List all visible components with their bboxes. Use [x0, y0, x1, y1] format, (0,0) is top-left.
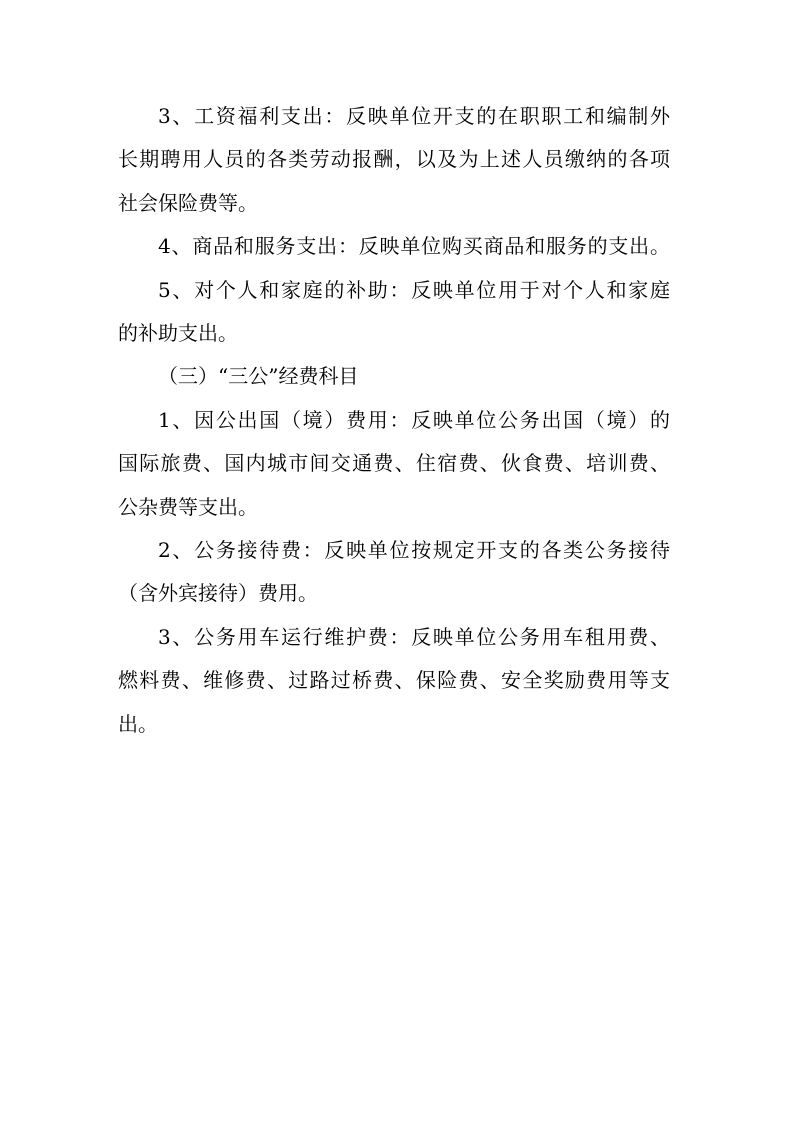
text-line: （含外宾接待）费用。 [118, 572, 670, 615]
text-line: 的补助支出。 [118, 312, 670, 355]
text-line: 4、商品和服务支出：反映单位购买商品和服务的支出。 [118, 225, 670, 268]
text-line: 出。 [118, 703, 670, 746]
paragraph: 3、公务用车运行维护费：反映单位公务用车租用费、 燃料费、维修费、过路过桥费、保… [118, 616, 670, 746]
text-line: 3、工资福利支出：反映单位开支的在职职工和编制外 [118, 95, 670, 138]
paragraph: 5、对个人和家庭的补助：反映单位用于对个人和家庭 的补助支出。 [118, 269, 670, 356]
document-page: 3、工资福利支出：反映单位开支的在职职工和编制外 长期聘用人员的各类劳动报酬，以… [0, 0, 793, 1122]
document-body: 3、工资福利支出：反映单位开支的在职职工和编制外 长期聘用人员的各类劳动报酬，以… [118, 95, 670, 746]
text-line: 2、公务接待费：反映单位按规定开支的各类公务接待 [118, 529, 670, 572]
paragraph: 3、工资福利支出：反映单位开支的在职职工和编制外 长期聘用人员的各类劳动报酬，以… [118, 95, 670, 225]
paragraph: 1、因公出国（境）费用：反映单位公务出国（境）的 国际旅费、国内城市间交通费、住… [118, 399, 670, 529]
text-line: （三）“三公”经费科目 [118, 355, 670, 398]
paragraph: 4、商品和服务支出：反映单位购买商品和服务的支出。 [118, 225, 670, 268]
text-line: 燃料费、维修费、过路过桥费、保险费、安全奖励费用等支 [118, 659, 670, 702]
section-heading: （三）“三公”经费科目 [118, 355, 670, 398]
paragraph: 2、公务接待费：反映单位按规定开支的各类公务接待 （含外宾接待）费用。 [118, 529, 670, 616]
text-line: 5、对个人和家庭的补助：反映单位用于对个人和家庭 [118, 269, 670, 312]
text-line: 1、因公出国（境）费用：反映单位公务出国（境）的 [118, 399, 670, 442]
text-line: 长期聘用人员的各类劳动报酬，以及为上述人员缴纳的各项 [118, 138, 670, 181]
text-line: 社会保险费等。 [118, 182, 670, 225]
text-line: 3、公务用车运行维护费：反映单位公务用车租用费、 [118, 616, 670, 659]
text-line: 国际旅费、国内城市间交通费、住宿费、伙食费、培训费、 [118, 442, 670, 485]
text-line: 公杂费等支出。 [118, 486, 670, 529]
